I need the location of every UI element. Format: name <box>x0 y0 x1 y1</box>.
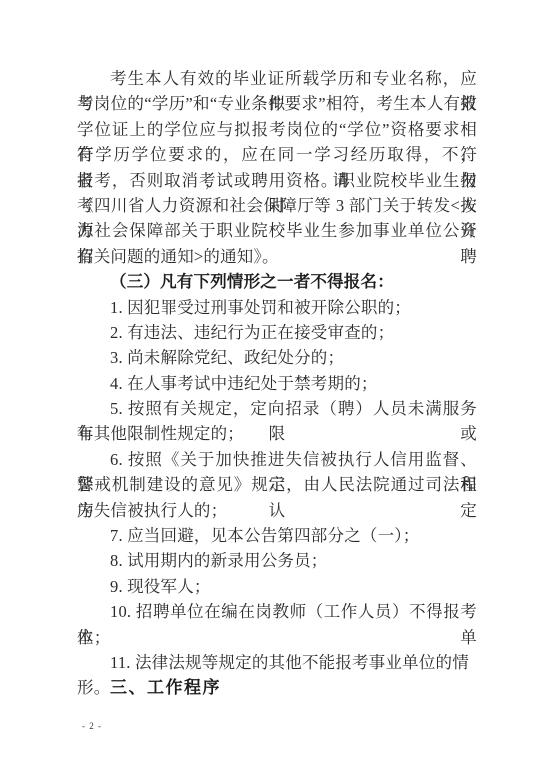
text-line: 《四川省人力资源和社会保障厅等 3 部门关于转发<人力资 <box>77 193 477 218</box>
text-line: 6. 按照《关于加快推进失信被执行人信用监督、警示和 <box>77 447 477 472</box>
text-line: 源社会保障部关于职业院校毕业生参加事业单位公开招聘 <box>77 218 477 243</box>
section-heading: （三）凡有下列情形之一者不得报名： <box>77 269 477 294</box>
text-line: 8. 试用期内的新录用公务员； <box>77 548 477 573</box>
text-line: 考岗位的“学历”和“专业条件要求”相符，考生本人有效 <box>77 91 477 116</box>
text-line: 1. 因犯罪受过刑事处罚和被开除公职的； <box>77 295 477 320</box>
text-line: 2. 有违法、违纪行为正在接受审查的； <box>77 320 477 345</box>
text-line: 11. 法律法规等规定的其他不能报考事业单位的情形。 <box>77 650 477 675</box>
text-line: 9. 现役军人； <box>77 574 477 599</box>
page-number: - 2 - <box>82 721 102 731</box>
text-line: 考生本人有效的毕业证所载学历和专业名称，应与拟报 <box>77 66 477 91</box>
section-heading: 三、工作程序 <box>77 675 477 700</box>
document-page: 考生本人有效的毕业证所载学历和专业名称，应与拟报考岗位的“学历”和“专业条件要求… <box>0 0 554 784</box>
text-line: 报考，否则取消考试或聘用资格。职业院校毕业生报考时按 <box>77 168 477 193</box>
text-line: 7. 应当回避，见本公告第四部分之（一）； <box>77 523 477 548</box>
text-line: 有学历学位要求的，应在同一学习经历取得，不符者，请勿 <box>77 142 477 167</box>
text-line: 惩戒机制建设的意见》规定，由人民法院通过司法程序认定 <box>77 472 477 497</box>
document-text-block: 考生本人有效的毕业证所载学历和专业名称，应与拟报考岗位的“学历”和“专业条件要求… <box>77 66 477 701</box>
text-line: 4. 在人事考试中违纪处于禁考期的； <box>77 371 477 396</box>
text-line: 10. 招聘单位在编在岗教师（工作人员）不得报考本单 <box>77 599 477 624</box>
text-line: 学位证上的学位应与拟报考岗位的“学位”资格要求相符， <box>77 117 477 142</box>
text-line: 5. 按照有关规定，定向招录（聘）人员未满服务年限或 <box>77 396 477 421</box>
text-line: 3. 尚未解除党纪、政纪处分的； <box>77 345 477 370</box>
